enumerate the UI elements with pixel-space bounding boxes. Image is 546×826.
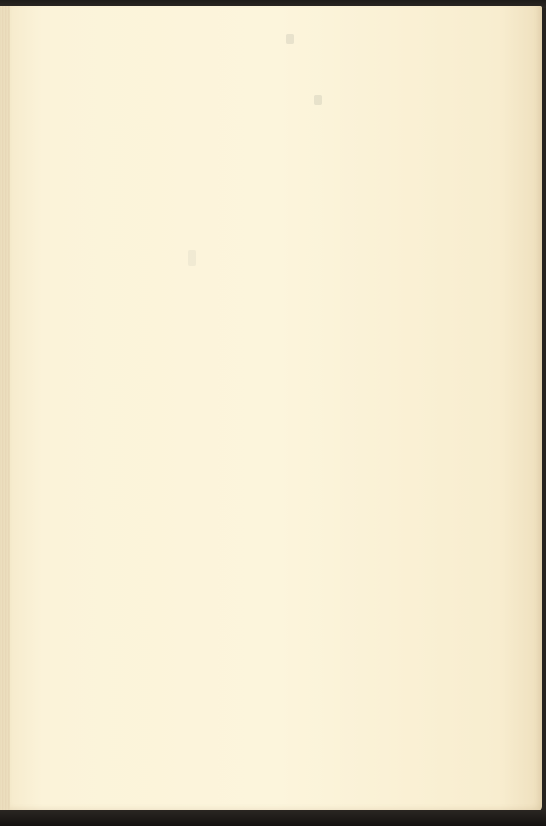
bottom-shadow — [0, 810, 546, 826]
bleed-through-mark — [188, 250, 196, 266]
scan-background — [0, 0, 546, 826]
bleed-through-mark — [286, 34, 294, 44]
bleed-through-mark — [314, 95, 322, 105]
blank-page — [10, 6, 542, 812]
